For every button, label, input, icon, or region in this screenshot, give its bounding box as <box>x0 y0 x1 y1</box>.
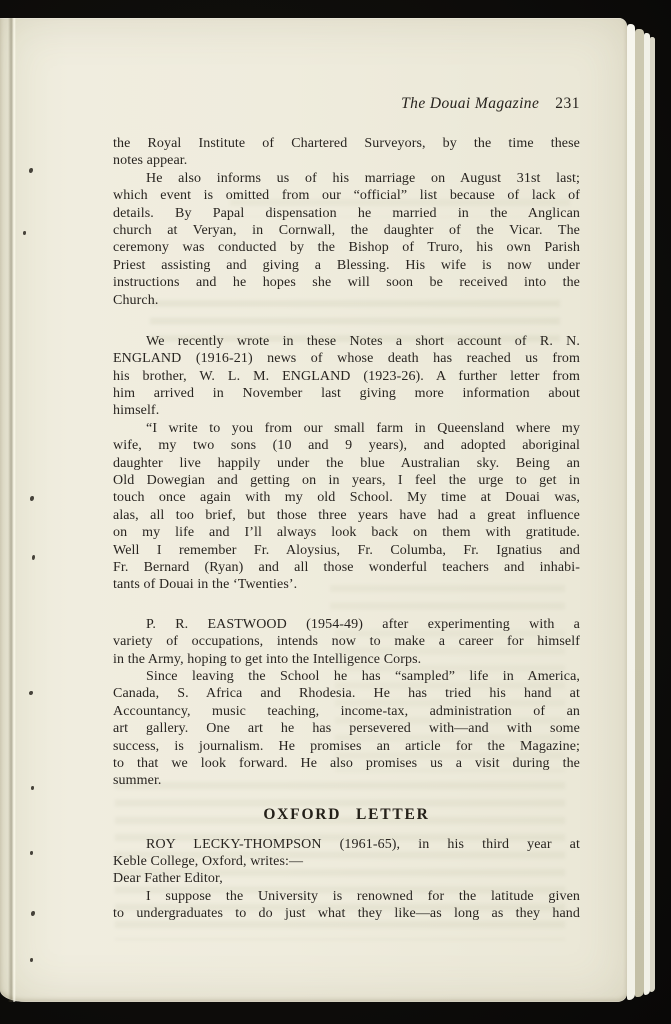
paragraph: P. R. EASTWOOD (1954-49) after experimen… <box>113 616 580 668</box>
ink-speck <box>29 691 33 695</box>
oxford-letter-heading: OXFORD LETTER <box>113 804 580 826</box>
paragraph: the Royal Institute of Chartered Surveyo… <box>113 135 580 170</box>
text-line: variety of occupations, intends now to m… <box>113 633 580 650</box>
paragraph: I suppose the University is renowned for… <box>113 888 580 923</box>
text-line: details. By Papal dispensation he marrie… <box>113 205 580 222</box>
text-line: him arrived in November last giving more… <box>113 385 580 402</box>
section-oxford-letter: ROY LECKY-THOMPSON (1961-65), in his thi… <box>113 836 580 923</box>
page-body: the Royal Institute of Chartered Surveyo… <box>113 135 580 923</box>
text-line: notes appear. <box>113 152 580 169</box>
paragraph: He also informs us of his marriage on Au… <box>113 170 580 309</box>
text-line: I suppose the University is renowned for… <box>113 888 580 905</box>
text-line: touch once again with my old School. My … <box>113 489 580 506</box>
paragraph: “I write to you from our small farm in Q… <box>113 420 580 594</box>
text-line: daughter live happily under the blue Aus… <box>113 455 580 472</box>
paragraph: Dear Father Editor, <box>113 870 580 887</box>
text-line: instructions and he hopes she will soon … <box>113 274 580 291</box>
text-line: Dear Father Editor, <box>113 870 580 887</box>
text-line: Keble College, Oxford, writes:— <box>113 853 580 870</box>
text-line: Priest assisting and giving a Blessing. … <box>113 257 580 274</box>
text-line: his brother, W. L. M. ENGLAND (1923-26).… <box>113 368 580 385</box>
ink-speck <box>32 555 35 560</box>
text-line: Since leaving the School he has “sampled… <box>113 668 580 685</box>
section-surveyors-note: the Royal Institute of Chartered Surveyo… <box>113 135 580 309</box>
text-line: He also informs us of his marriage on Au… <box>113 170 580 187</box>
text-line: Canada, S. Africa and Rhodesia. He has t… <box>113 685 580 702</box>
ink-speck <box>29 168 33 173</box>
text-line: in the Army, hoping to get into the Inte… <box>113 651 580 668</box>
text-line: to undergraduates to do just what they l… <box>113 905 580 922</box>
text-line: summer. <box>113 772 580 789</box>
ink-speck <box>23 231 26 235</box>
text-line: tants of Douai in the ‘Twenties’. <box>113 576 580 593</box>
text-line: Accountancy, music teaching, income-tax,… <box>113 703 580 720</box>
paragraph: ROY LECKY-THOMPSON (1961-65), in his thi… <box>113 836 580 871</box>
paragraph: Since leaving the School he has “sampled… <box>113 668 580 790</box>
running-head: The Douai Magazine231 <box>113 95 580 113</box>
ink-speck <box>31 786 34 790</box>
text-line: success, is journalism. He promises an a… <box>113 738 580 755</box>
magazine-title: The Douai Magazine <box>401 95 539 112</box>
text-line: ceremony was conducted by the Bishop of … <box>113 239 580 256</box>
ink-speck <box>30 958 33 962</box>
section-england-note: We recently wrote in these Notes a short… <box>113 333 580 594</box>
text-line: himself. <box>113 402 580 419</box>
ink-speck <box>30 851 33 855</box>
page-number: 231 <box>555 95 580 112</box>
text-line: ENGLAND (1916-21) news of whose death ha… <box>113 350 580 367</box>
page-edge-layer <box>650 37 655 992</box>
text-line: alas, all too brief, but those three yea… <box>113 507 580 524</box>
magazine-page: The Douai Magazine231 the Royal Institut… <box>0 18 627 1002</box>
book-scan: The Douai Magazine231 the Royal Institut… <box>0 0 671 1024</box>
page-edge-layer <box>635 29 644 997</box>
text-line: ROY LECKY-THOMPSON (1961-65), in his thi… <box>113 836 580 853</box>
text-line: Fr. Bernard (Ryan) and all those wonderf… <box>113 559 580 576</box>
page-fold-crease <box>8 18 16 1002</box>
text-line: church at Veryan, in Cornwall, the daugh… <box>113 222 580 239</box>
text-line: which event is omitted from our “officia… <box>113 187 580 204</box>
ink-speck <box>31 911 35 916</box>
ink-speck <box>30 496 34 501</box>
text-line: We recently wrote in these Notes a short… <box>113 333 580 350</box>
text-line: on my life and I’ll always look back on … <box>113 524 580 541</box>
text-line: the Royal Institute of Chartered Surveyo… <box>113 135 580 152</box>
text-line: to that we look forward. He also promise… <box>113 755 580 772</box>
text-line: Church. <box>113 292 580 309</box>
text-line: Well I remember Fr. Aloysius, Fr. Columb… <box>113 542 580 559</box>
text-line: wife, my two sons (10 and 9 years), and … <box>113 437 580 454</box>
text-line: P. R. EASTWOOD (1954-49) after experimen… <box>113 616 580 633</box>
text-line: “I write to you from our small farm in Q… <box>113 420 580 437</box>
section-eastwood-note: P. R. EASTWOOD (1954-49) after experimen… <box>113 616 580 790</box>
paragraph: We recently wrote in these Notes a short… <box>113 333 580 420</box>
text-line: art gallery. One art he has persevered w… <box>113 720 580 737</box>
text-line: Old Dowegian and getting on in years, I … <box>113 472 580 489</box>
page-edge-layer <box>627 24 635 1000</box>
